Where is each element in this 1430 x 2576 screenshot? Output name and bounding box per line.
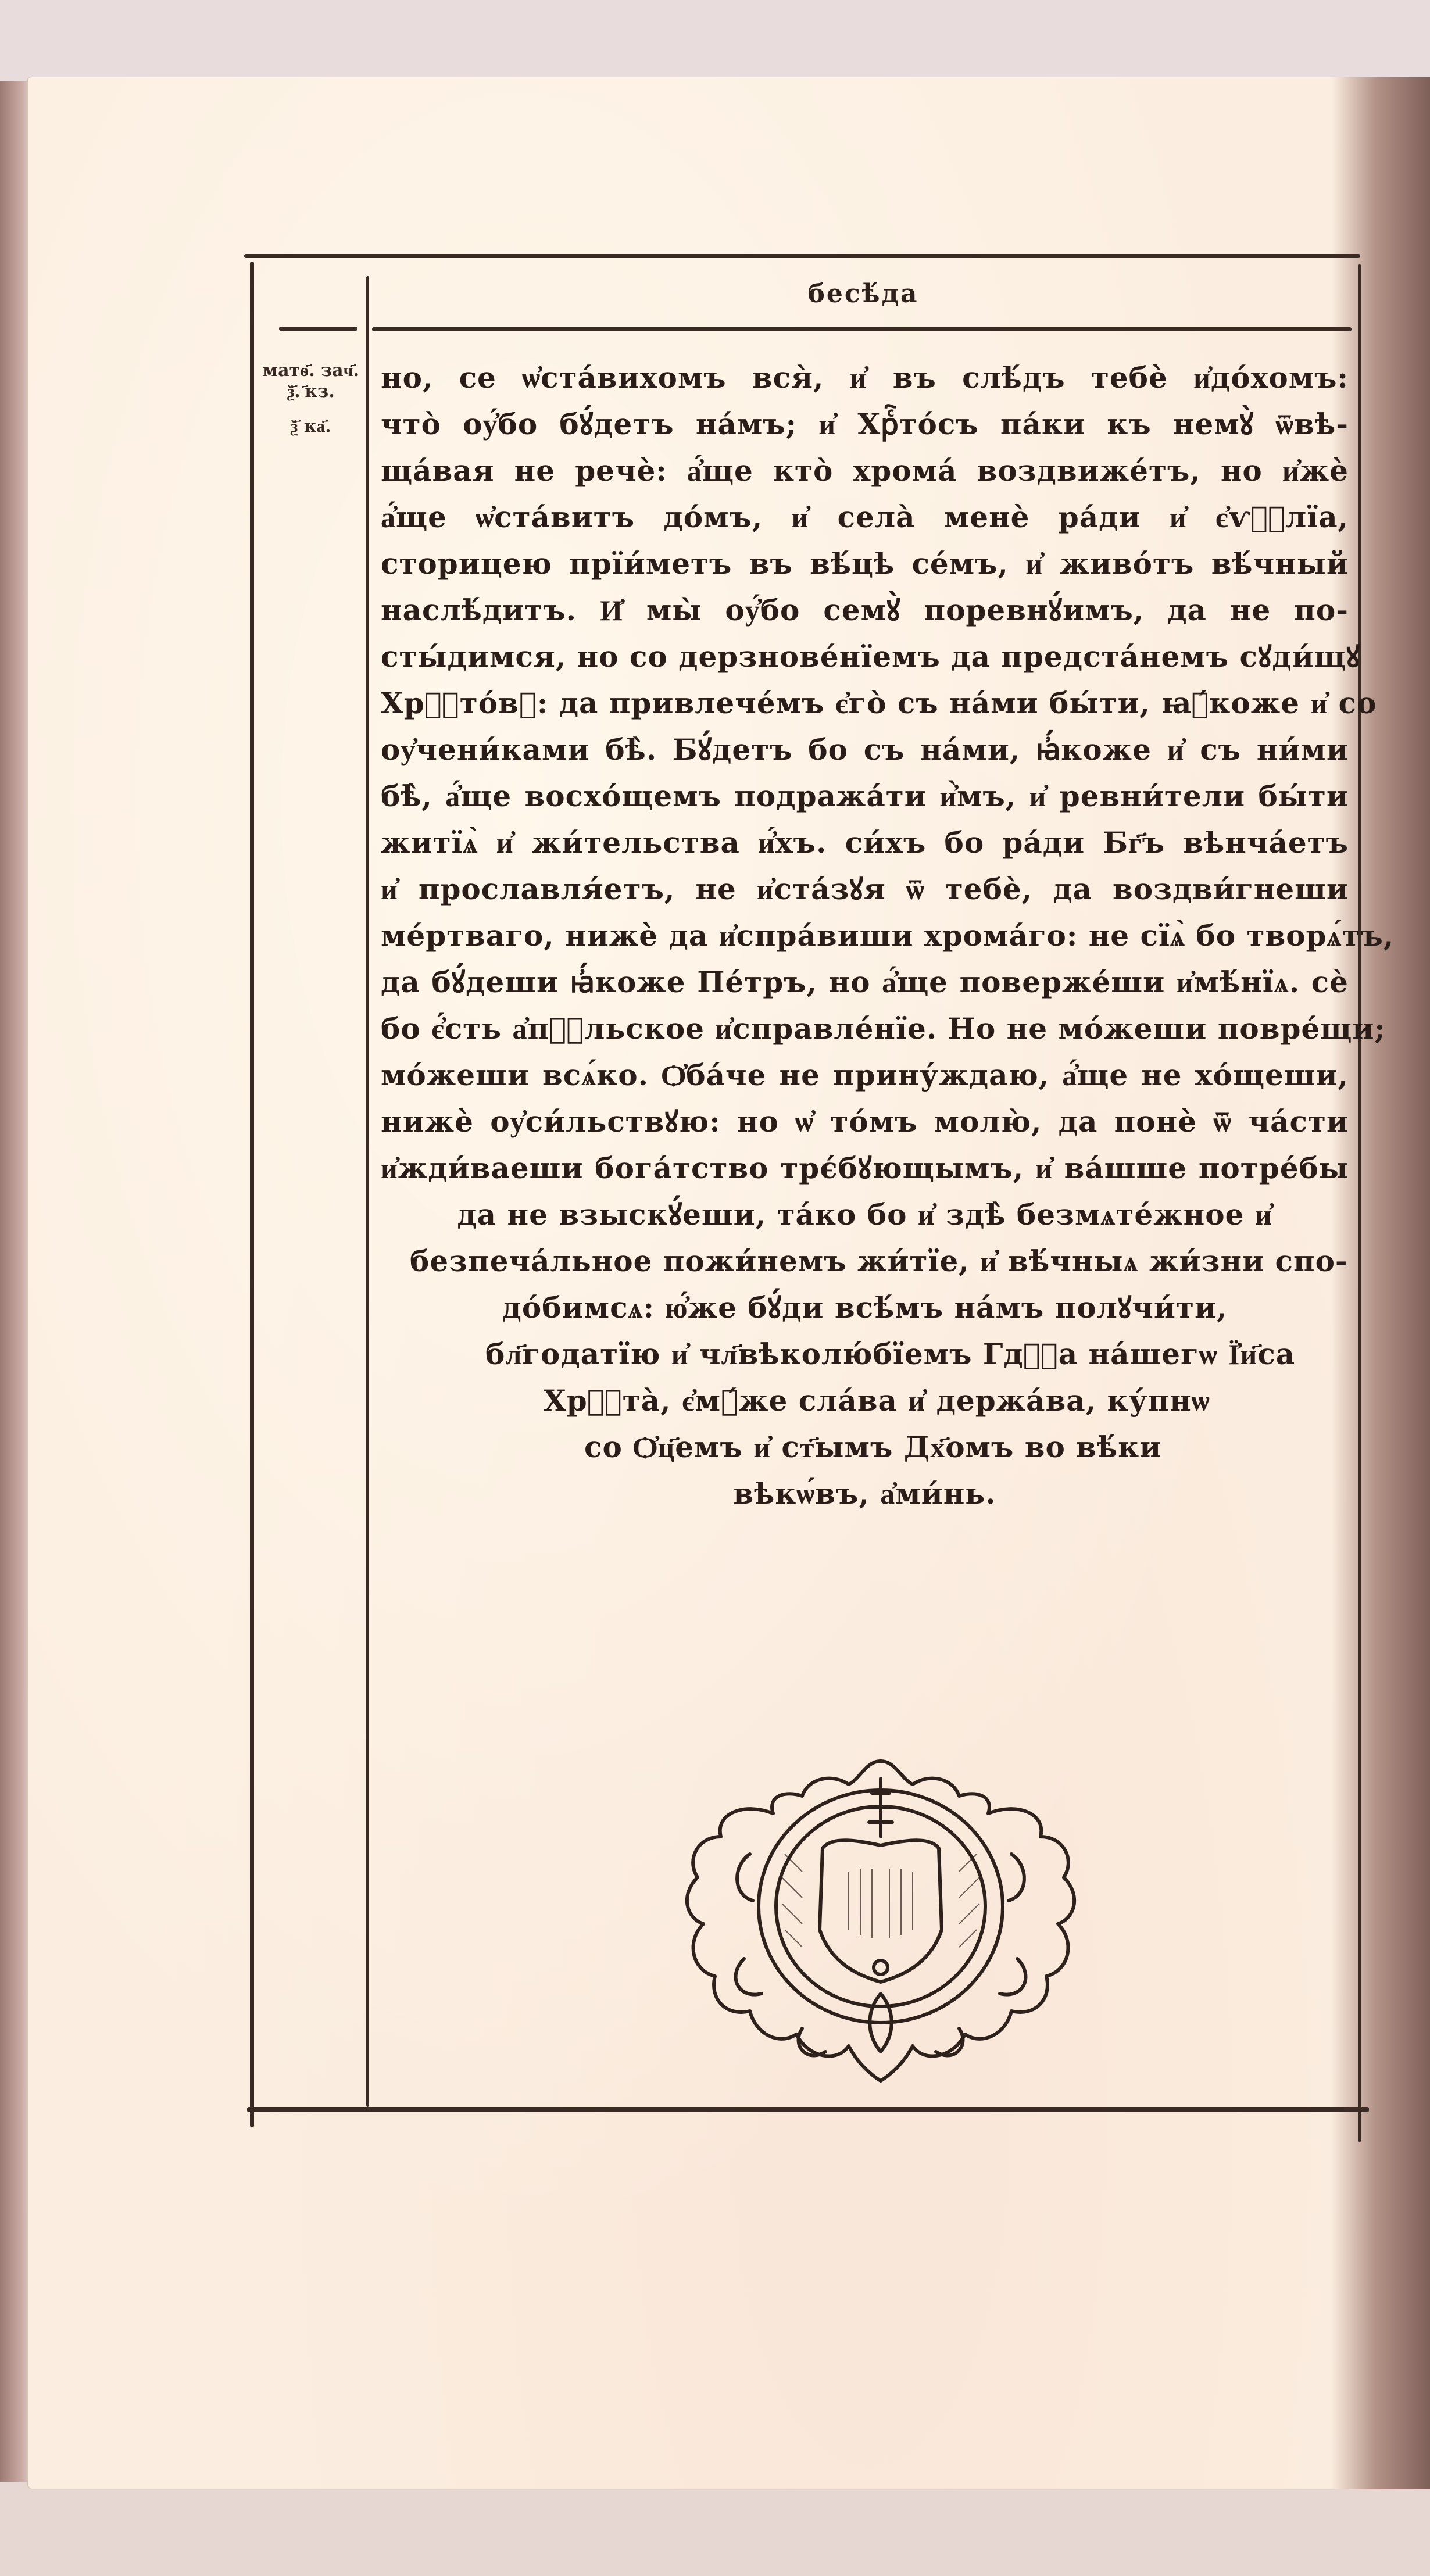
margin-note-reference: матѳ҃. зач҃. ѯ҃. ҃кз. <box>259 360 363 402</box>
frame-top-rule <box>244 254 1360 258</box>
text-line: и҆жди́ваеши бога́тство трє́бꙋющымъ, и҆ в… <box>381 1145 1349 1192</box>
text-line: что̀ оу҆́бо бꙋ́детъ на́мъ; и҆ Хрⷭ҇то́съ … <box>381 401 1349 448</box>
text-line: ме́ртваго, нижѐ да и҆спра́виши хрома́го:… <box>381 913 1349 959</box>
frame-right-rule <box>1358 264 1361 2142</box>
frame-bottom-rule <box>247 2107 1369 2112</box>
text-line: а҆́ще ѡ҆ста́витъ до́мъ, и҆ села̀ менѐ ра… <box>381 494 1349 541</box>
text-line: оу҆чени́ками бѣ̀. Бꙋ́детъ бо съ на́ми, ꙗ… <box>381 727 1349 773</box>
margin-header-rule <box>279 327 357 331</box>
margin-note-reference: ѯ҃ ка҃. <box>259 416 363 437</box>
frame-left-rule <box>250 262 254 2127</box>
text-line: сты́димся, но со дерзнове́нїемъ да предс… <box>381 634 1349 680</box>
text-line: и҆ прославля́етъ, не и҆ста́зꙋя ѿ тебѐ, д… <box>381 866 1349 913</box>
text-line: до́бимсѧ: ю҆́же бꙋ́ди всѣ́мъ на́мъ полꙋч… <box>381 1285 1349 1331</box>
text-line: ща́вая не речѐ: а҆́ще кто̀ хрома́ воздви… <box>381 448 1349 494</box>
text-line: наслѣ́дитъ. И҆ мы̀ оу҆́бо семꙋ̀ поревнꙋ́… <box>381 587 1349 634</box>
frame-margin-divider <box>366 276 369 2107</box>
text-line: сторицею прїи́метъ въ вѣ́цѣ се́мъ, и҆ жи… <box>381 541 1349 587</box>
text-line: Хрⷭ҇та̀, є҆мꙋ́же сла́ва и҆ держа́ва, ку́… <box>381 1378 1349 1424</box>
text-line: со Ѻ҆ц҃емъ и҆ ст҃ымъ Дх҃омъ во вѣ́ки <box>381 1424 1349 1471</box>
text-line: да не взыскꙋ́еши, та́ко бо и҆ здѣ̀ безмѧ… <box>381 1192 1349 1238</box>
text-line: бѣ̀, а҆́ще восхо́щемъ подража́ти и҆̀мъ, … <box>381 773 1349 820</box>
text-line: нижѐ оу҆си́льствꙋю: но ѡ҆ то́мъ молю̀, д… <box>381 1099 1349 1145</box>
header-rule <box>372 327 1352 331</box>
text-line: Хрⷭ҇то́вꙋ: да привлече́мъ є҆го̀ съ на́ми… <box>381 680 1349 727</box>
text-line: бл҃годатїю и҆ чл҃вѣколю́бїемъ Гдⷭ҇а на́ш… <box>381 1331 1349 1378</box>
margin-notes: матѳ҃. зач҃. ѯ҃. ҃кз. ѯ҃ ка҃. <box>259 360 363 451</box>
text-line: житїѧ̀ и҆ жи́тельства и҆́хъ. си́хъ бо ра… <box>381 820 1349 866</box>
text-line: безпеча́льное пожи́немъ жи́тїе, и҆ вѣ́чн… <box>381 1238 1349 1285</box>
text-line: но, се ѡ҆ста́вихомъ вся̀, и҆ въ слѣ́дъ т… <box>381 355 1349 401</box>
text-line: мо́жеши всѧ́ко. Ѻ҆ба́че не прину́ждаю, а… <box>381 1052 1349 1099</box>
text-line: бо є҆́сть а҆пⷭ҇льское и҆справле́нїе. Но … <box>381 1006 1349 1052</box>
body-text: но, се ѡ҆ста́вихомъ вся̀, и҆ въ слѣ́дъ т… <box>381 355 1349 1517</box>
text-line: вѣкѡ́въ, а҆ми́нь. <box>381 1471 1349 1517</box>
running-head: бесѣ́да <box>372 279 1354 309</box>
text-line: да бꙋ́деши ꙗ҆́коже Пе́тръ, но а҆́ще пове… <box>381 959 1349 1006</box>
woodcut-ornament-icon <box>657 1738 1104 2098</box>
